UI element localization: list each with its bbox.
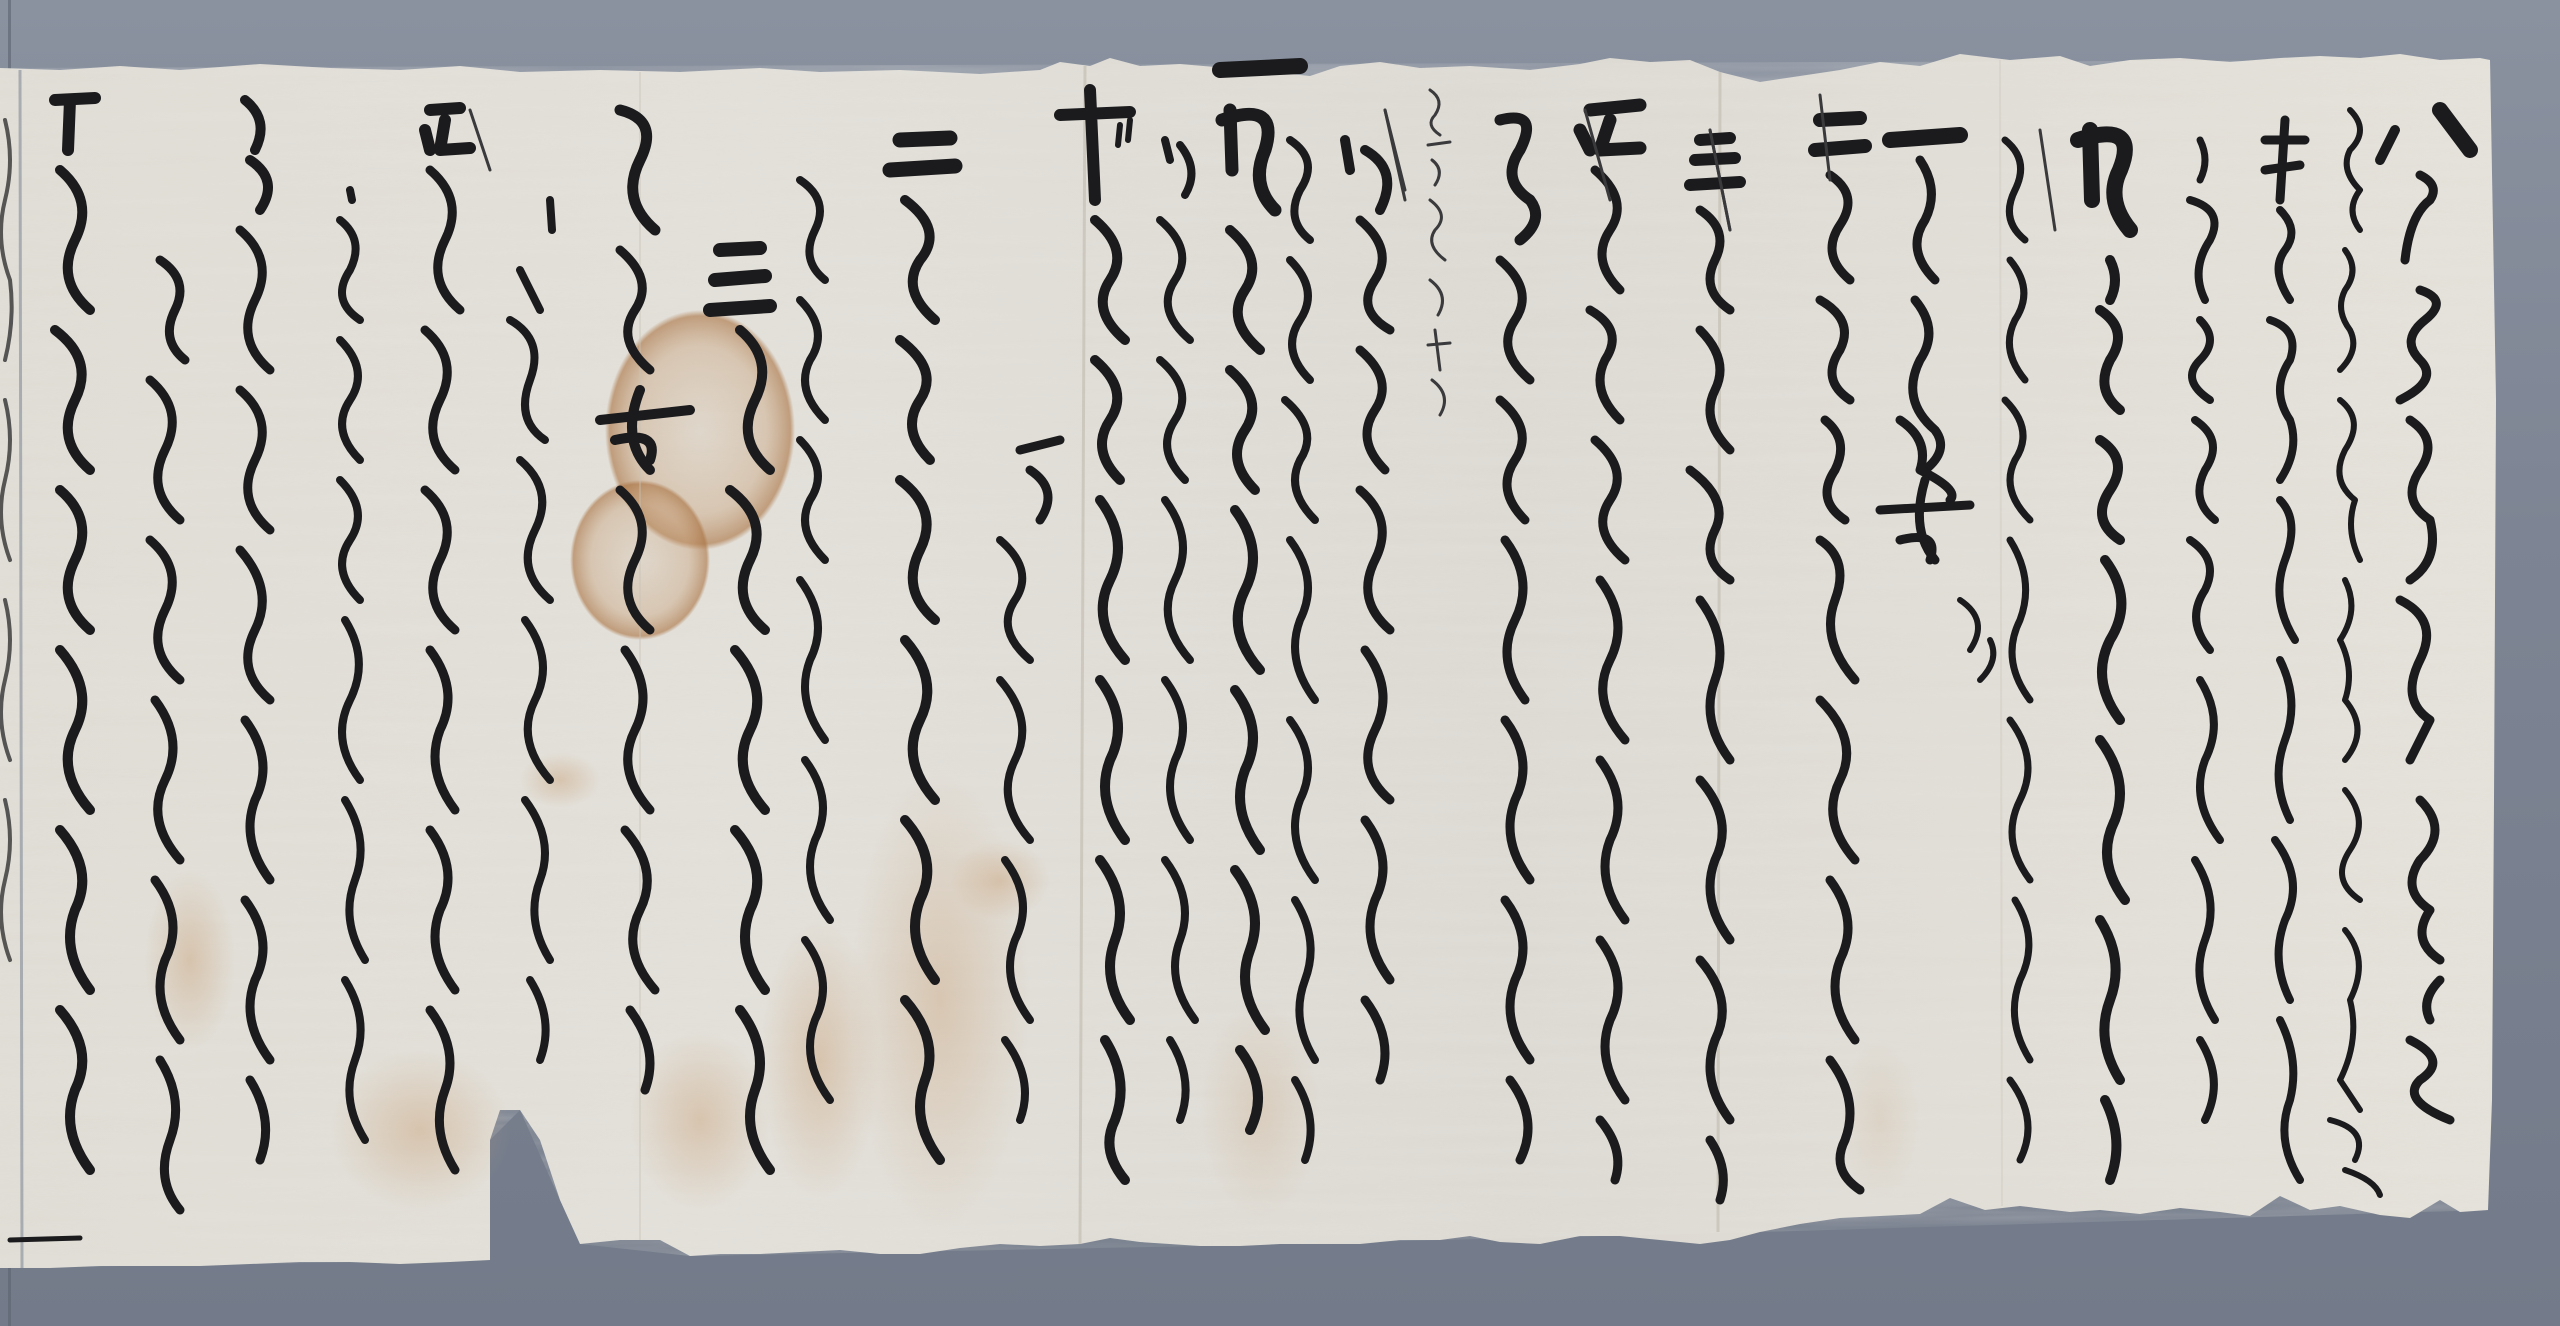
manuscript-scroll	[0, 0, 2560, 1326]
manuscript-image	[0, 0, 2560, 1326]
